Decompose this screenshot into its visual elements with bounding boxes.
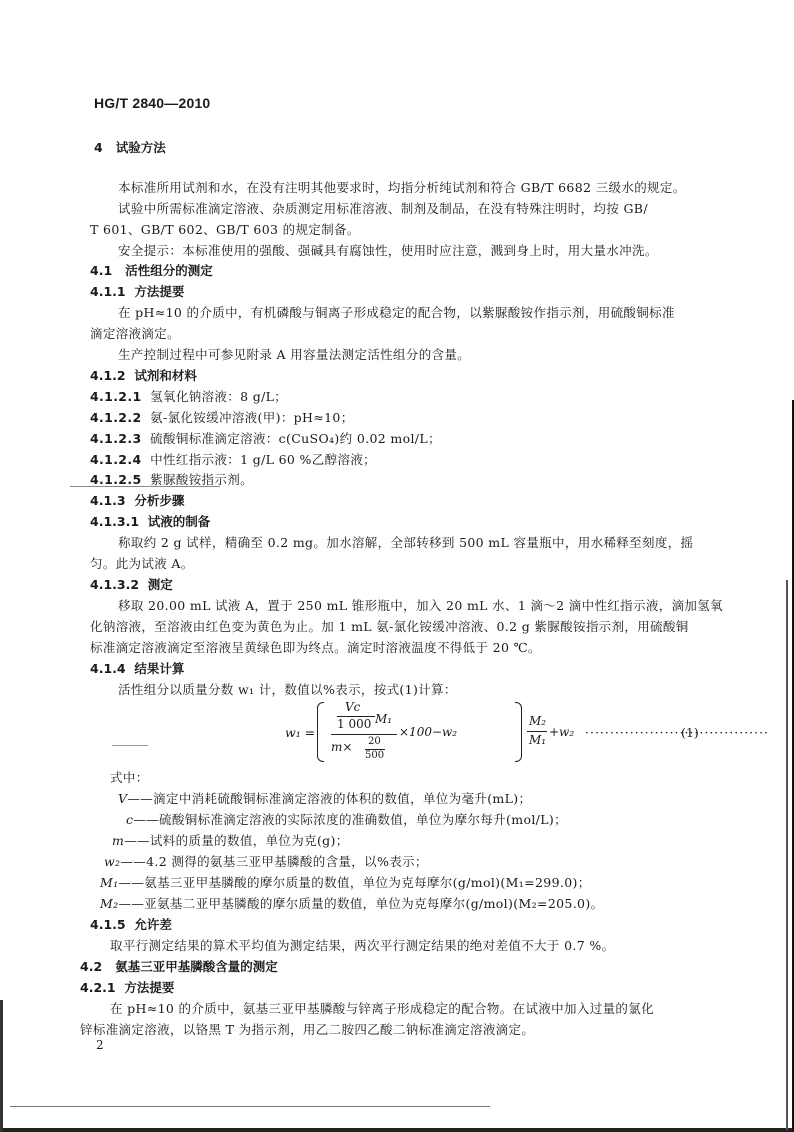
scan-artifact-line [112, 745, 148, 746]
variable-definition: w₂——4.2 测得的氨基三亚甲基膦酸的含量，以%表示； [104, 852, 428, 870]
variable-symbol: m [112, 833, 124, 848]
section-number: 4.1.1 [90, 284, 126, 299]
paragraph: 本标准所用试剂和水，在没有注明其他要求时，均指分析纯试剂和符合 GB/T 668… [118, 178, 686, 196]
item-text: 氨-氯化铵缓冲溶液(甲)：pH≈10； [150, 410, 353, 425]
paragraph: 取平行测定结果的算术平均值为测定结果，两次平行测定结果的绝对差值不大于 0.7 … [110, 936, 614, 954]
leader-dots: ····································· [585, 725, 769, 740]
variable-description: ——滴定中消耗硫酸铜标准滴定溶液的体积的数值，单位为毫升(mL)； [127, 791, 531, 806]
section-4-1-heading: 4.1 活性组分的测定 [90, 261, 213, 279]
section-4-1-3-1-heading: 4.1.3.1 试液的制备 [90, 512, 210, 530]
section-number: 4.2 [80, 959, 102, 974]
fraction-bar [527, 731, 547, 732]
item-number: 4.1.2.3 [90, 431, 142, 446]
paragraph: 称取约 2 g 试样，精确至 0.2 mg。加水溶解，全部转移到 500 mL … [118, 533, 693, 551]
section-4-heading: 4 试验方法 [94, 138, 166, 156]
paragraph: T 601、GB/T 602、GB/T 603 的规定制备。 [90, 220, 360, 238]
paragraph: 移取 20.00 mL 试液 A，置于 250 mL 锥形瓶中，加入 20 mL… [118, 596, 723, 614]
page-number: 2 [96, 1038, 104, 1052]
variable-symbol: w₂ [104, 854, 120, 869]
variable-description: ——亚氨基二亚甲基膦酸的摩尔质量的数值，单位为克每摩尔(g/mol)(M₂=20… [119, 896, 604, 911]
paragraph: 化钠溶液，至溶液由红色变为黄色为止。加 1 mL 氨-氯化铵缓冲溶液、0.2 g… [90, 617, 689, 635]
formula-20: 20 [368, 736, 381, 747]
section-number: 4.1.2 [90, 368, 126, 383]
section-4-1-3-2-heading: 4.1.3.2 测定 [90, 575, 173, 593]
equation-number: (1) [681, 725, 699, 740]
formula-times-100: ×100−w₂ [399, 725, 457, 739]
formula-m1-denominator: M₁ [529, 733, 546, 747]
scan-artifact-line [70, 486, 220, 487]
where-label: 式中： [110, 768, 149, 786]
section-number: 4.1.5 [90, 917, 126, 932]
section-title: 活性组分的测定 [125, 263, 213, 278]
formula-vc: Vc [345, 700, 360, 714]
paragraph: 生产控制过程中可参见附录 A 用容量法测定活性组分的含量。 [118, 345, 470, 363]
right-bracket [515, 702, 522, 762]
scan-artifact-bottom-edge [0, 1128, 794, 1132]
formula-m2: M₂ [529, 714, 546, 728]
section-title: 方法提要 [134, 284, 184, 299]
standard-code: HG/T 2840—2010 [94, 95, 210, 111]
section-title: 测定 [148, 577, 173, 592]
section-number: 4.1.3 [90, 493, 126, 508]
section-4-2-heading: 4.2 氨基三亚甲基膦酸含量的测定 [80, 957, 278, 975]
item-text: 紫脲酸铵指示剂。 [150, 472, 253, 487]
variable-definition: m——试料的质量的数值，单位为克(g)； [112, 831, 349, 849]
safety-notice: 安全提示：本标准使用的强酸、强碱具有腐蚀性，使用时应注意，溅到身上时，用大量水冲… [118, 241, 658, 259]
item-text: 中性红指示液：1 g/L 60 %乙醇溶液； [150, 452, 376, 467]
paragraph: 锌标准滴定溶液，以铬黑 T 为指示剂，用乙二胺四乙酸二钠标准滴定溶液滴定。 [80, 1020, 534, 1038]
left-bracket [317, 702, 324, 762]
item-text: 硫酸铜标准滴定溶液：c(CuSO₄)约 0.02 mol/L； [150, 431, 441, 446]
section-number: 4 [94, 140, 103, 155]
reagent-item: 4.1.2.3 硫酸铜标准滴定溶液：c(CuSO₄)约 0.02 mol/L； [90, 429, 441, 447]
item-number: 4.1.2.1 [90, 389, 142, 404]
item-number: 4.1.2.2 [90, 410, 142, 425]
variable-symbol: V [118, 791, 127, 806]
section-title: 试剂和材料 [134, 368, 197, 383]
variable-definition: V——滴定中消耗硫酸铜标准滴定溶液的体积的数值，单位为毫升(mL)； [118, 789, 531, 807]
section-number: 4.1.3.2 [90, 577, 139, 592]
section-4-1-3-heading: 4.1.3 分析步骤 [90, 491, 184, 509]
document-page: HG/T 2840—2010 4 试验方法 本标准所用试剂和水，在没有注明其他要… [0, 0, 794, 1132]
item-number: 4.1.2.5 [90, 472, 142, 487]
item-number: 4.1.2.4 [90, 452, 142, 467]
paragraph: 在 pH≈10 的介质中，有机磷酸与铜离子形成稳定的配合物，以紫脲酸铵作指示剂，… [118, 303, 675, 321]
section-number: 4.2.1 [80, 980, 116, 995]
variable-symbol: M₁ [100, 875, 119, 890]
section-title: 氨基三亚甲基膦酸含量的测定 [115, 959, 278, 974]
variable-symbol: M₂ [100, 896, 119, 911]
section-title: 结果计算 [134, 661, 184, 676]
section-title: 分析步骤 [134, 493, 184, 508]
paragraph: 活性组分以质量分数 w₁ 计，数值以%表示，按式(1)计算： [118, 680, 457, 698]
reagent-item: 4.1.2.2 氨-氯化铵缓冲溶液(甲)：pH≈10； [90, 408, 354, 426]
reagent-item: 4.1.2.4 中性红指示液：1 g/L 60 %乙醇溶液； [90, 450, 376, 468]
section-4-1-2-heading: 4.1.2 试剂和材料 [90, 366, 197, 384]
formula-lhs: w₁ = [285, 725, 315, 740]
section-number: 4.1.3.1 [90, 514, 139, 529]
section-title: 方法提要 [124, 980, 174, 995]
formula-m1: M₁ [375, 712, 392, 726]
section-4-1-4-heading: 4.1.4 结果计算 [90, 659, 184, 677]
variable-definition: c——硫酸铜标准滴定溶液的实际浓度的准确数值，单位为摩尔每升(mol/L)； [126, 810, 567, 828]
reagent-item: 4.1.2.1 氢氧化钠溶液：8 g/L； [90, 387, 287, 405]
variable-definition: M₂——亚氨基二亚甲基膦酸的摩尔质量的数值，单位为克每摩尔(g/mol)(M₂=… [100, 894, 603, 912]
section-title: 试验方法 [116, 140, 166, 155]
formula-m-times: m× [331, 740, 352, 754]
variable-definition: M₁——氨基三亚甲基膦酸的摩尔质量的数值，单位为克每摩尔(g/mol)(M₁=2… [100, 873, 591, 891]
variable-description: ——硫酸铜标准滴定溶液的实际浓度的准确数值，单位为摩尔每升(mol/L)； [133, 812, 567, 827]
paragraph: 试验中所需标准滴定溶液、杂质测定用标准溶液、制剂及制品，在没有特殊注明时，均按 … [118, 199, 648, 217]
variable-description: ——氨基三亚甲基膦酸的摩尔质量的数值，单位为克每摩尔(g/mol)(M₁=299… [119, 875, 591, 890]
paragraph: 标准滴定溶液滴定至溶液呈黄绿色即为终点。滴定时溶液温度不得低于 20 ℃。 [90, 638, 541, 656]
formula-1000: 1 000 [337, 717, 371, 731]
main-fraction-bar [331, 734, 397, 735]
section-title: 允许差 [134, 917, 172, 932]
scan-artifact-bottom-line [10, 1106, 490, 1107]
paragraph: 匀。此为试液 A。 [90, 554, 194, 572]
formula-1: w₁ = Vc 1 000 M₁ m× 20 500 ×100−w₂ M₂ M₁… [285, 700, 705, 764]
section-4-1-1-heading: 4.1.1 方法提要 [90, 282, 184, 300]
item-text: 氢氧化钠溶液：8 g/L； [150, 389, 287, 404]
section-number: 4.1 [90, 263, 112, 278]
section-4-1-5-heading: 4.1.5 允许差 [90, 915, 172, 933]
formula-500: 500 [365, 750, 384, 761]
paragraph: 在 pH≈10 的介质中，氨基三亚甲基膦酸与锌离子形成稳定的配合物。在试液中加入… [110, 999, 654, 1017]
scan-artifact-left-edge [0, 1000, 3, 1132]
variable-description: ——4.2 测得的氨基三亚甲基膦酸的含量，以%表示； [120, 854, 427, 869]
section-number: 4.1.4 [90, 661, 126, 676]
section-title: 试液的制备 [148, 514, 211, 529]
formula-plus-w2: +w₂ [549, 725, 574, 739]
section-4-2-1-heading: 4.2.1 方法提要 [80, 978, 174, 996]
paragraph: 滴定溶液滴定。 [90, 324, 180, 342]
variable-description: ——试料的质量的数值，单位为克(g)； [124, 833, 348, 848]
scan-artifact-right-edge [786, 580, 788, 1130]
